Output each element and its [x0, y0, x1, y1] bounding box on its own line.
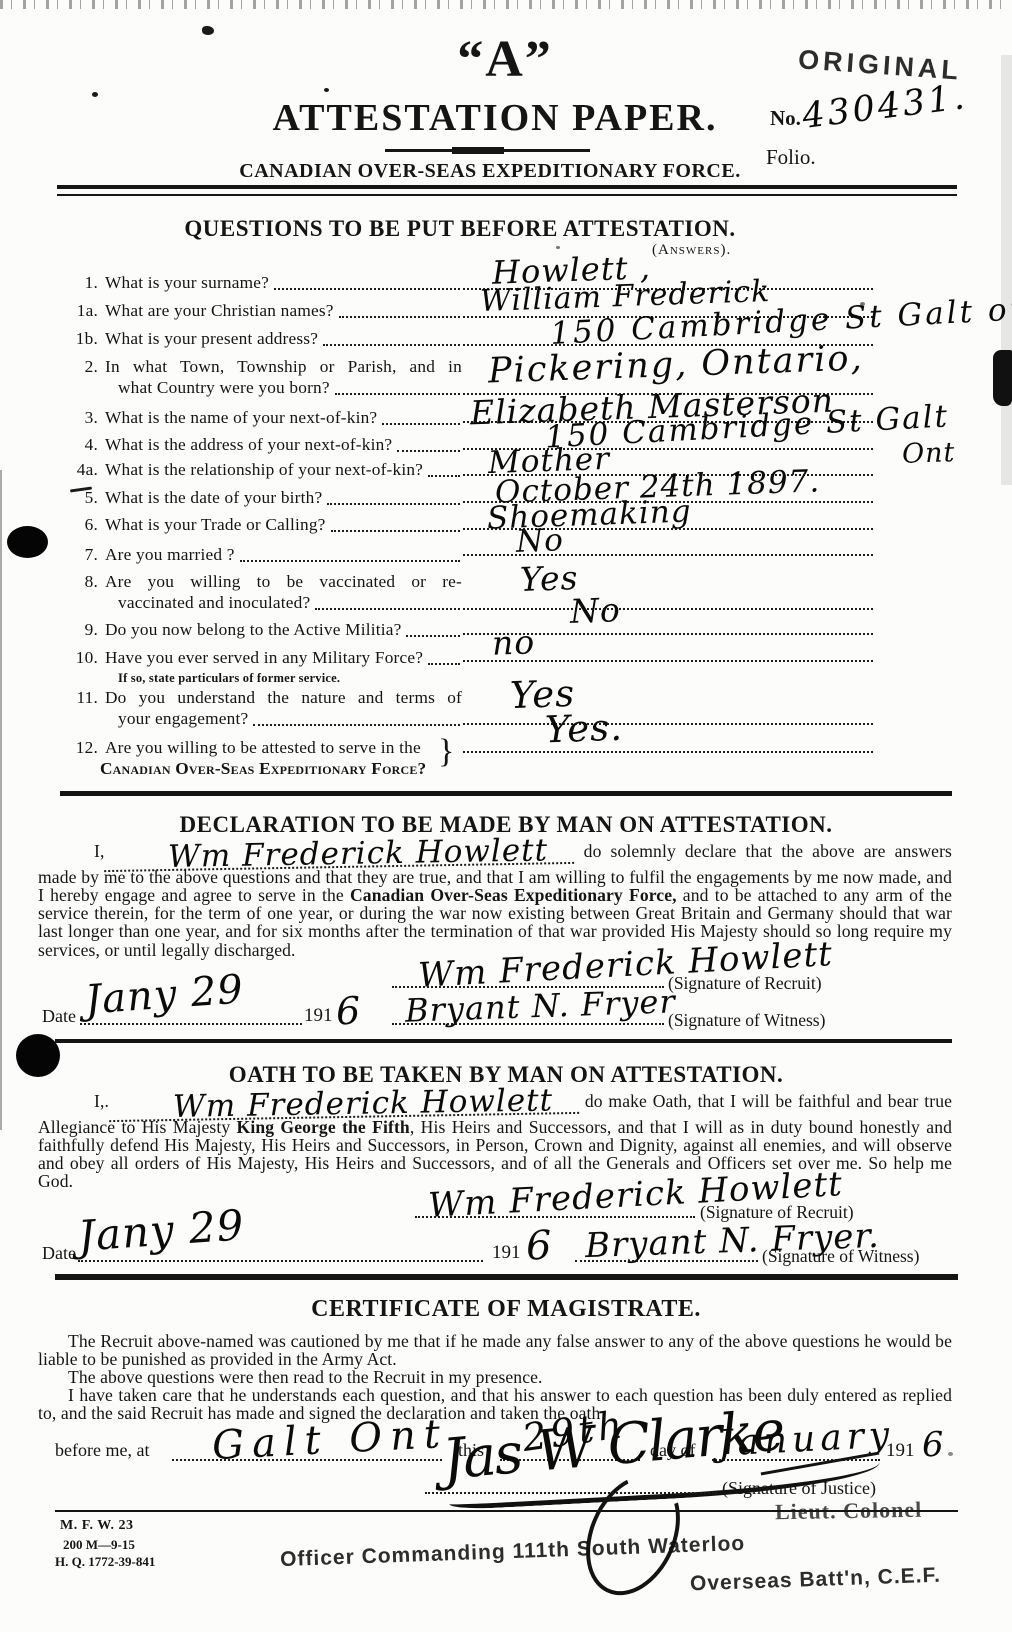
question-row: 9.Do you now belong to the Active Militi… [60, 619, 462, 640]
question-text: What is the relationship of your next-of… [105, 459, 423, 480]
declaration-date-handwritten: Jany 29 [84, 970, 245, 1021]
question-number: 1. [60, 272, 105, 293]
scan-noise-top-edge [0, 0, 1012, 9]
footer-rule [55, 1510, 958, 1512]
overseas-battn-stamp: Overseas Batt'n, C.E.F. [690, 1564, 942, 1597]
question-number: 4. [60, 434, 105, 455]
dot-leader [397, 450, 460, 452]
justice-signature-label: (Signature of Justice) [722, 1478, 876, 1499]
question-row: 12.Are you willing to be attested to ser… [60, 737, 462, 779]
certificate-year-handwritten: 6 [921, 1428, 945, 1463]
dot-leader [339, 316, 460, 318]
question-text-line2: Canadian Over-Seas Expeditionary Force? [100, 758, 426, 779]
question-number: 5. [60, 487, 105, 508]
question-number: 12. [60, 737, 105, 758]
certificate-year-printed: 191 [886, 1440, 915, 1462]
certificate-title: CERTIFICATE OF MAGISTRATE. [56, 1296, 956, 1323]
declaration-recruit-signature-label: (Signature of Recruit) [668, 973, 822, 994]
title-divider-center [452, 147, 504, 154]
question-row: 11.Do you understand the nature and term… [60, 687, 462, 729]
dot-leader [274, 288, 460, 290]
dot-leader [428, 475, 460, 477]
question-text: What is the name of your next-of-kin? [105, 407, 377, 428]
certificate-para3: I have taken care that he understands ea… [38, 1386, 952, 1423]
dot-leader [331, 530, 460, 532]
question-row: 6.What is your Trade or Calling? [60, 514, 462, 535]
question-text: Have you ever served in any Military For… [105, 647, 423, 668]
question-row: 1a.What are your Christian names? [60, 300, 462, 321]
form-letter: “A” [420, 30, 590, 89]
question-row: 10.Have you ever served in any Military … [60, 647, 462, 689]
no-label: No. [770, 106, 801, 131]
question-row: 8.Are you willing to be vaccinated or re… [60, 571, 462, 613]
question-text: In what Town, Township or Parish, and in [105, 356, 462, 377]
question-text: Are you willing to be attested to serve … [105, 737, 421, 758]
declaration-year-printed: 191 [304, 1005, 333, 1027]
declaration-date-label: Date [42, 1006, 76, 1027]
page-title: ATTESTATION PAPER. [260, 96, 730, 140]
answer-line [463, 723, 873, 725]
dot-leader [240, 560, 460, 562]
declaration-name-handwritten: Wm Frederick Howlett [104, 843, 574, 872]
answer-next-of-kin-address-cont: Ont [902, 439, 956, 468]
subtitle: CANADIAN OVER-SEAS EXPEDITIONARY FORCE. [230, 160, 750, 183]
dot-leader [253, 724, 460, 726]
question-number: 8. [60, 571, 105, 592]
question-row: 4.What is the address of your next-of-ki… [60, 434, 462, 455]
question-text-line2: your engagement? [118, 708, 248, 729]
signature-line [575, 1260, 758, 1262]
dot-leader [428, 663, 460, 665]
question-row: 2.In what Town, Township or Parish, and … [60, 356, 462, 398]
question-number: 2. [60, 356, 105, 377]
question-number: 10. [60, 647, 105, 668]
question-number: 9. [60, 619, 105, 640]
ink-speck [324, 88, 329, 92]
question-row: 4a.What is the relationship of your next… [60, 459, 462, 480]
answer-military-force: no [491, 625, 535, 659]
ink-blob-right [993, 350, 1012, 406]
q12-brace: } [438, 733, 454, 771]
question-number: 7. [60, 544, 105, 565]
header-rule [57, 185, 957, 196]
ink-speck [202, 26, 214, 35]
form-code-1: M. F. W. 23 [60, 1518, 133, 1534]
officer-commanding-stamp: Officer Commanding 111th South Waterloo [280, 1532, 746, 1572]
hole-punch-top [7, 526, 48, 558]
dot-leader [335, 393, 460, 395]
answer-vaccinated: Yes [519, 561, 579, 596]
declaration-witness-signature: Bryant N. Fryer [405, 985, 677, 1026]
certificate-para1: The Recruit above-named was cautioned by… [38, 1332, 952, 1369]
date-line [78, 1260, 483, 1262]
answer-willing-attested: Yes. [544, 709, 623, 749]
question-text: Are you willing to be vaccinated or re- [105, 571, 462, 592]
dot-leader [406, 635, 460, 637]
question-text: What is the date of your birth? [105, 487, 322, 508]
question-text: What is your Trade or Calling? [105, 514, 326, 535]
question-text: What is the address of your next-of-kin? [105, 434, 392, 455]
answer-married: No [515, 525, 564, 558]
before-me-label: before me, at [55, 1440, 149, 1461]
attestation-paper-scan: “A” ORIGINAL ATTESTATION PAPER. No. 4304… [0, 0, 1012, 1632]
declaration-body-bold: Canadian Over-Seas Expeditionary Force, [350, 885, 677, 905]
question-text: Do you now belong to the Active Militia? [105, 619, 401, 640]
question-row: 1.What is your surname? [60, 272, 462, 293]
oath-witness-signature-label: (Signature of Witness) [762, 1246, 919, 1267]
scan-streak-left [0, 470, 2, 1130]
question-number: 6. [60, 514, 105, 535]
question-number: 1b. [60, 328, 105, 349]
question-text-line2: what Country were you born? [118, 377, 330, 398]
declaration-year-handwritten: 6 [335, 992, 361, 1031]
place-handwritten: Galt Ont [211, 1414, 449, 1466]
question-text-line2: vaccinated and inoculated? [118, 592, 310, 613]
form-code-2: 200 M—9-15 [63, 1537, 135, 1553]
hole-punch-bottom [16, 1034, 60, 1077]
scan-streak-right [1001, 55, 1012, 485]
question-note: If so, state particulars of former servi… [60, 668, 462, 689]
question-row: 5.What is the date of your birth? [60, 487, 462, 508]
answer-line [463, 751, 873, 753]
no-value-handwritten: 430431. [800, 80, 969, 135]
section-rule-certificate [55, 1274, 958, 1280]
dot-leader [323, 344, 460, 346]
question-number: 3. [60, 407, 105, 428]
signature-line [392, 1023, 664, 1025]
question-number: 1a. [60, 300, 105, 321]
signature-line [425, 1492, 717, 1494]
question-row: 7.Are you married ? [60, 544, 462, 565]
section-rule-oath [55, 1039, 952, 1043]
question-text: What is your surname? [105, 272, 269, 293]
question-text: Do you understand the nature and terms o… [105, 687, 462, 708]
date-line [80, 1023, 302, 1025]
section-rule-declaration [60, 791, 952, 796]
oath-date-handwritten: Jany 29 [77, 1204, 246, 1258]
declaration-witness-signature-label: (Signature of Witness) [668, 1010, 825, 1031]
form-code-3: H. Q. 1772-39-841 [55, 1554, 155, 1570]
answer-line [463, 608, 873, 610]
ink-speck [948, 1452, 953, 1456]
question-row: 3.What is the name of your next-of-kin? [60, 407, 462, 428]
dot-leader [315, 608, 460, 610]
oath-date-label: Date [42, 1243, 76, 1264]
oath-year-handwritten: 6 [525, 1226, 553, 1267]
oath-year-printed: 191 [492, 1242, 521, 1264]
question-number: 11. [60, 687, 105, 708]
question-number: 4a. [60, 459, 105, 480]
question-text: What are your Christian names? [105, 300, 334, 321]
questions-title: QUESTIONS TO BE PUT BEFORE ATTESTATION. [60, 216, 860, 242]
ink-speck [556, 246, 560, 249]
folio-label: Folio. [766, 145, 816, 170]
answer-active-militia: No [569, 593, 621, 628]
oath-name-handwritten: Wm Frederick Howlett [109, 1093, 579, 1122]
question-row: 1b.What is your present address? [60, 328, 462, 349]
signature-line [415, 1216, 695, 1218]
certificate-para2: The above questions were then read to th… [38, 1368, 952, 1386]
oath-i-label: I,. [94, 1091, 109, 1111]
answers-label: (Answers). [652, 242, 731, 259]
question-text: Are you married ? [105, 544, 235, 565]
dot-leader [382, 423, 460, 425]
ink-speck [92, 92, 98, 97]
dot-leader [327, 503, 460, 505]
question-text: What is your present address? [105, 328, 318, 349]
